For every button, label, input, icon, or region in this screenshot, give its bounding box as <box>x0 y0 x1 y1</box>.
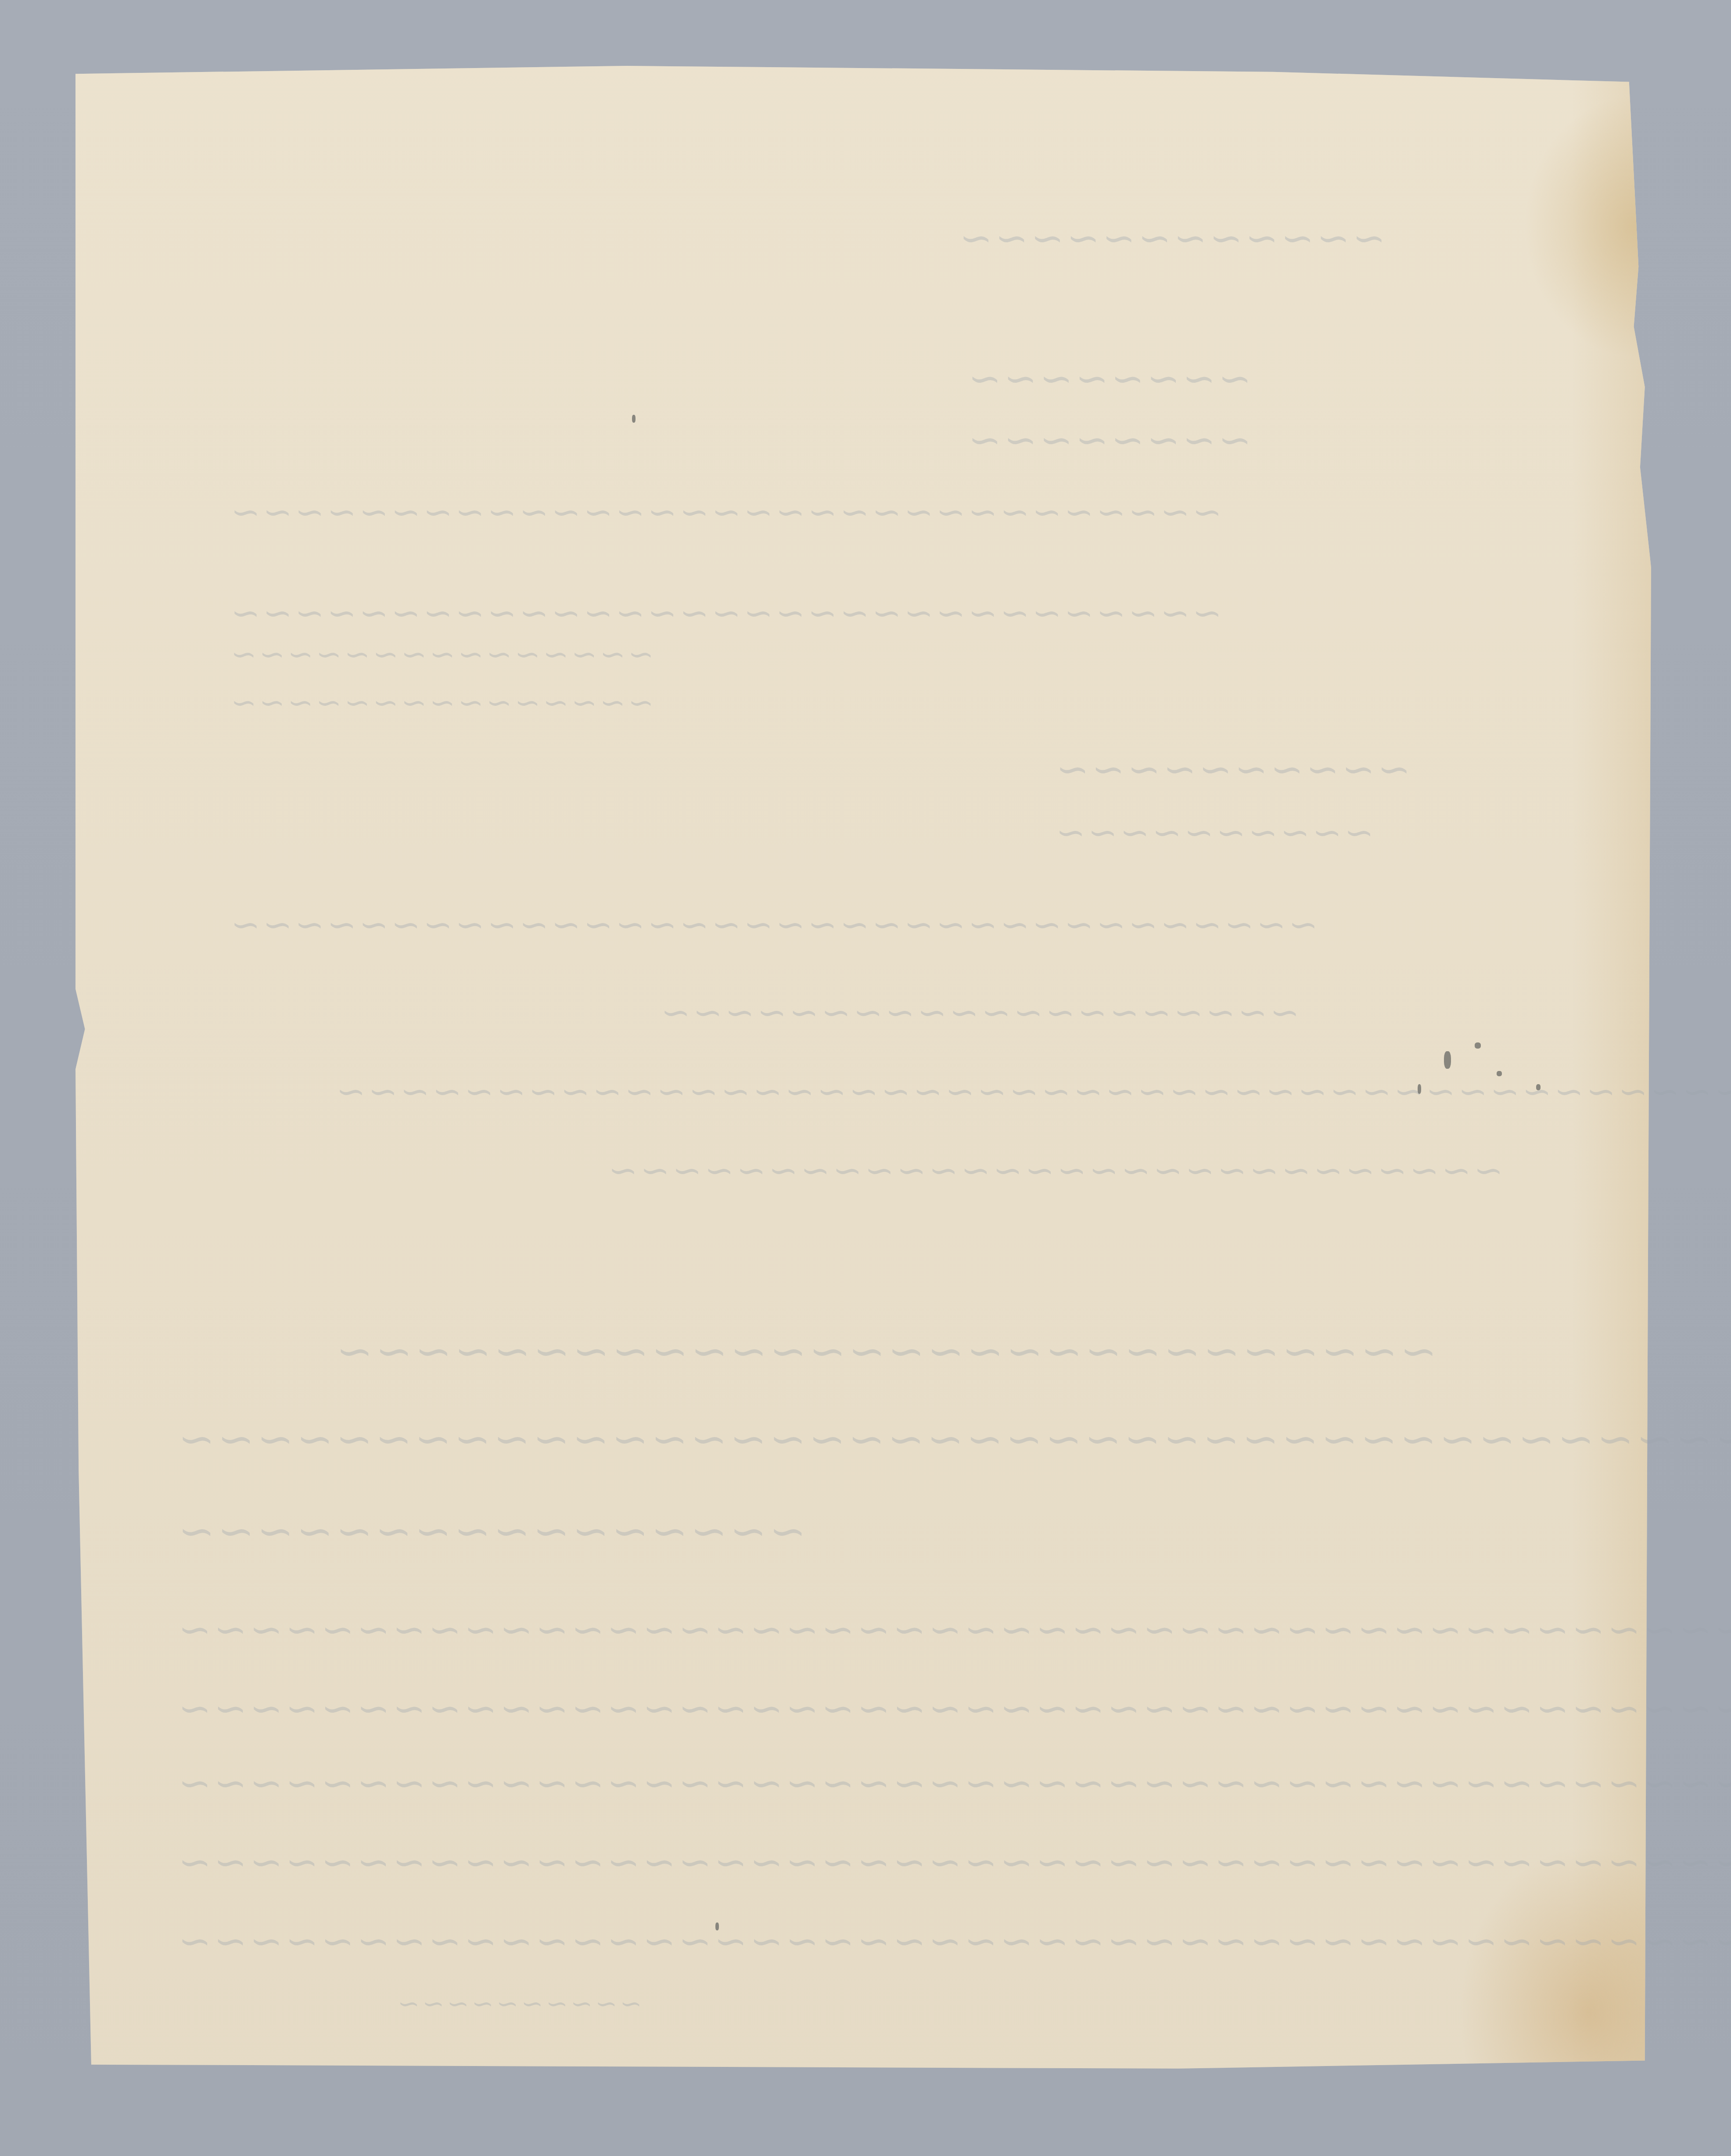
bleed-through-line: ~~~~~~~~~~~~~~~~~~~~~~~~~~~~ <box>334 1326 1437 1377</box>
bleed-through-line: ~~~~~~~~~~ <box>1053 746 1411 792</box>
ink-speck <box>1536 1084 1541 1090</box>
bleed-through-line: ~~~~~~~~~~~~~~~~ <box>176 1506 806 1557</box>
bleed-through-line: ~~~~~~~~~~~~ <box>957 215 1386 261</box>
bleed-through-line: ~~~~~~~~~~~~~~~~~~~~~~~~~~~~~~~~~~~~~~~~… <box>176 1918 1731 1964</box>
bleed-through-line: ~~~~~~~~~~~~~~~~~~~~ <box>658 992 1300 1033</box>
bleed-through-line: ~~~~~~~~ <box>966 356 1251 402</box>
bleed-through-line: ~~~~~~~~~~ <box>1053 812 1374 853</box>
ink-speck <box>1444 1051 1451 1069</box>
bleed-through-line: ~~~~~~~~ <box>966 417 1251 463</box>
bleed-through-line: ~~~~~~~~~~~~~~~~~~~~~~~~~~~~~~~~~~ <box>228 904 1318 945</box>
bleed-through-line: ~~~~~~~~~~~~~~~~~~~~~~~~~~~~ <box>606 1150 1503 1191</box>
bleed-through-line: ~~~~~~~~~~~~~~~~~~~~~~~~~~~~~~~~~~~~~~~~… <box>176 1413 1731 1465</box>
ink-speck <box>1475 1042 1481 1049</box>
ink-speck <box>715 1922 719 1930</box>
bleed-through-line: ~~~~~~~~~~~~~~~~~~~~~~~~~~~~~~~~~~~~~~~~… <box>176 1760 1731 1806</box>
bleed-through-line: ~~~~~~~~~~~~~~~~~~~~~~~~~~~~~~~~~~~~~~~~… <box>176 1606 1731 1653</box>
bleed-through-line: ~~~~~~~~~~~~~~~~~~~~~~~~~~~~~~~~~~~~~~~~… <box>176 1839 1731 1885</box>
bleed-through-line: ~~~~~~~~~~~~~~~~~~~~~~~~~~~~~~~~~~~~~~~~… <box>176 1685 1731 1732</box>
bleed-through-line: ~~~~~~~~~~~~~~~~~~~~~~~~~~~~~~~ <box>228 593 1222 633</box>
bleed-through-line: ~~~~~~~~~~~~~~~~~~~~~~~~~~~~~~~~~~~~~~~~… <box>334 1071 1731 1112</box>
bleed-through-line: ~~~~~~~~~~~~~~~ <box>228 636 654 672</box>
bleed-through-line: ~~~~~~~~~~ <box>395 1988 642 2019</box>
bleed-through-line: ~~~~~~~~~~~~~~~~~~~~~~~~~~~~~~~ <box>228 492 1222 532</box>
ink-speck <box>632 415 636 423</box>
ink-speck <box>1418 1084 1421 1094</box>
ink-speck <box>1497 1071 1502 1076</box>
bleed-through-line: ~~~~~~~~~~~~~~~ <box>228 685 654 721</box>
